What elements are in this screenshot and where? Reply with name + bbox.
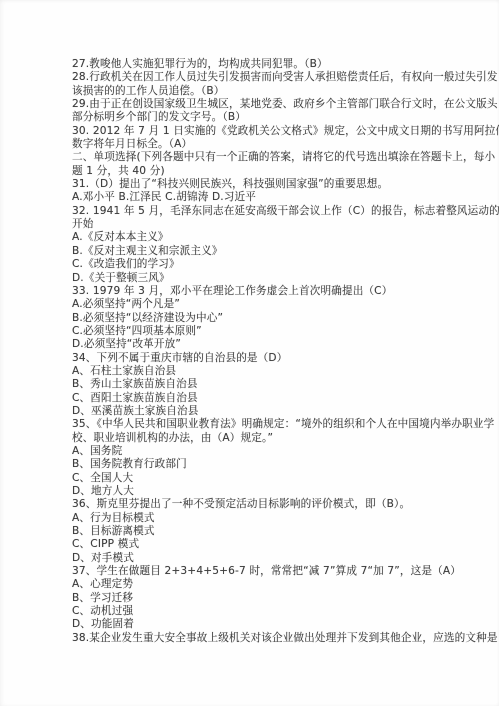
text-line: B.必须坚持“以经济建设为中心” — [72, 312, 482, 325]
text-line: C、全国人大 — [72, 472, 482, 485]
text-line: A.邓小平 B.江泽民 C.胡锦涛 D.习近平 — [72, 191, 482, 204]
text-line: D、地方人大 — [72, 485, 482, 498]
text-line: B、国务院教育行政部门 — [72, 458, 482, 471]
text-line: 部分标明乡个部门的发文字号。（B） — [72, 111, 482, 124]
text-line: 35、《中华人民共和国职业教育法》明确规定：“境外的组织和个人在中国境内举办职业… — [72, 418, 482, 431]
text-line: 27.教唆他人实施犯罪行为的，均构成共同犯罪。（B） — [72, 58, 482, 71]
text-line: B.《反对主观主义和宗派主义》 — [72, 245, 482, 258]
text-line: 36、斯克里芬提出了一种不受预定活动目标影响的评价模式，即（B）。 — [72, 498, 482, 511]
text-line: A、石柱土家族自治县 — [72, 365, 482, 378]
text-line: A.《反对本本主义》 — [72, 231, 482, 244]
text-line: D、功能固着 — [72, 618, 482, 631]
text-line: C.必须坚持“四项基本原则” — [72, 325, 482, 338]
text-line: 该损害的的工作人员追偿。（B） — [72, 85, 482, 98]
text-line: 34、下列不属于重庆市辖的自治县的是（D） — [72, 352, 482, 365]
text-line: 37、学生在做题目 2+3+4+5+6-7 时，常常把“减 7”算成 7“加 7… — [72, 565, 482, 578]
text-line: A、行为目标模式 — [72, 512, 482, 525]
text-line: 33. 1979 年 3 月，邓小平在理论工作务虚会上首次明确提出（C） — [72, 285, 482, 298]
text-line: C、CIPP 模式 — [72, 538, 482, 551]
text-line: B、目标游离模式 — [72, 525, 482, 538]
text-line: A、心理定势 — [72, 578, 482, 591]
text-line: 校、职业培训机构的办法，由（A）规定。” — [72, 432, 482, 445]
text-line: D.《关于整顿三风》 — [72, 272, 482, 285]
text-line: C.《改造我们的学习》 — [72, 258, 482, 271]
text-line: A.必须坚持“两个凡是” — [72, 298, 482, 311]
text-line: 31.（D）提出了“科技兴则民族兴，科技强则国家强”的重要思想。 — [72, 178, 482, 191]
text-line: 28.行政机关在因工作人员过失引发损害而向受害人承担赔偿责任后，有权向一般过失引… — [72, 71, 482, 84]
text-line: B、学习迁移 — [72, 592, 482, 605]
scanned-page: 27.教唆他人实施犯罪行为的，均构成共同犯罪。（B）28.行政机关在因工作人员过… — [0, 0, 499, 706]
text-line: 32. 1941 年 5 月，毛泽东同志在延安高级干部会议上作（C）的报告，标志… — [72, 205, 482, 218]
text-line: 二、单项选择(下列各题中只有一个正确的答案，请将它的代号选出填涂在答题卡上，每小 — [72, 151, 482, 164]
text-line: C、酉阳土家族苗族自治县 — [72, 392, 482, 405]
text-line: A、国务院 — [72, 445, 482, 458]
text-line: D、对手模式 — [72, 552, 482, 565]
text-line: 29.由于正在创设国家级卫生城区，某地党委、政府乡个主管部门联合行文时，在公文版… — [72, 98, 482, 111]
text-line: 38.某企业发生重大安全事故上级机关对该企业做出处理并下发到其他企业，应选的文种… — [72, 632, 482, 645]
document-body: 27.教唆他人实施犯罪行为的，均构成共同犯罪。（B）28.行政机关在因工作人员过… — [72, 58, 482, 645]
text-line: 数字将年月日标全。（A） — [72, 138, 482, 151]
text-line: C、动机过强 — [72, 605, 482, 618]
text-line: 开始 — [72, 218, 482, 231]
text-line: B、秀山土家族苗族自治县 — [72, 378, 482, 391]
text-line: D、巫溪苗族土家族自治县 — [72, 405, 482, 418]
text-line: D.必须坚持“改革开放” — [72, 338, 482, 351]
text-line: 题 1 分，共 40 分) — [72, 165, 482, 178]
text-line: 30. 2012 年 7 月 1 日实施的《党政机关公文格式》规定，公文中成文日… — [72, 125, 482, 138]
